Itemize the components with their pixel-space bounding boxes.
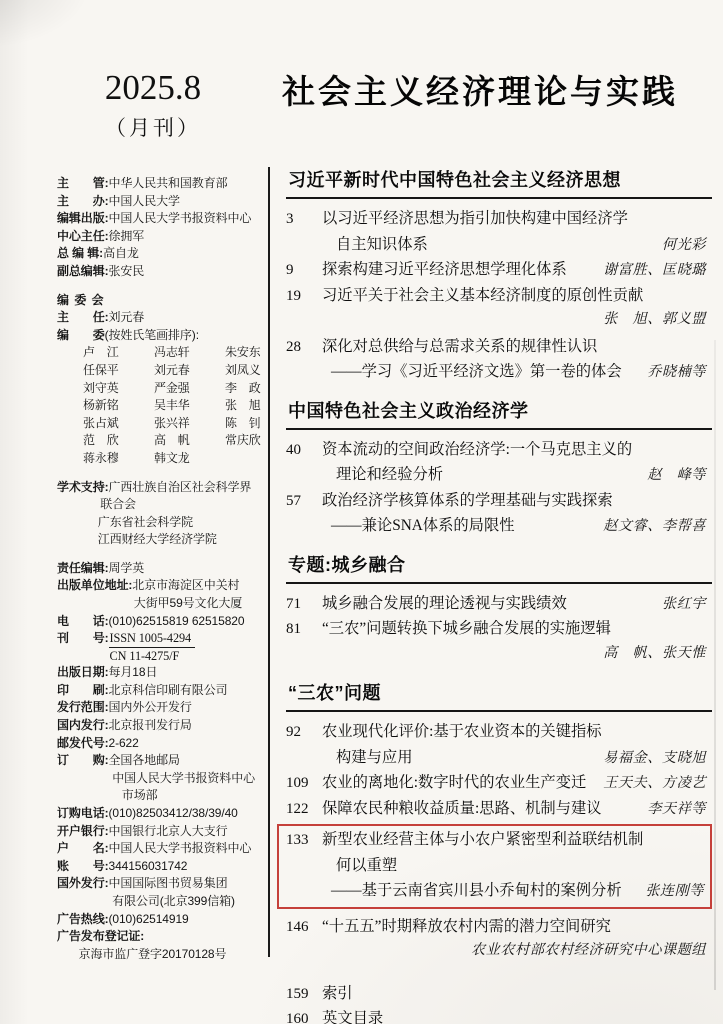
toc-page-number: 3 [286,211,322,228]
masthead-row: 编 委 会 [57,292,265,310]
masthead-label: 发行范围: [57,699,109,717]
toc-line: 何以重塑 [286,853,710,879]
toc-line: 19习近平关于社会主义基本经济制度的原创性贡献 [286,283,712,309]
masthead-label: 国内发行: [57,717,109,735]
masthead-continuation: 大街甲59号文化大厦 [57,595,265,613]
masthead-value: 广西壮族自治区社会科学界 [109,479,252,497]
masthead-row: 出版单位地址:北京市海淀区中关村 [57,577,265,595]
toc-entry-author: 张红宇 [654,593,712,613]
editorial-board-member: 冯志轩 [154,344,225,362]
masthead-value: 中国银行北京人大支行 [109,823,228,841]
masthead-label: 主 任: [57,309,109,327]
masthead-value: 联合会 [100,496,136,514]
masthead-row: 主 管:中华人民共和国教育部 [57,175,265,193]
toc-entry-title: ——基于云南省宾川县小乔甸村的案例分析 [322,878,622,900]
masthead-row: 主 任:刘元春 [57,309,265,327]
spacer [57,468,265,479]
toc-line: 构建与应用易福金、支晓旭 [286,745,712,771]
editorial-board-member: 杨新铭 [83,397,154,415]
masthead-row: 主 办:中国人民大学 [57,193,265,211]
editorial-board-names-row: 卢 江冯志轩朱安东 [57,344,265,362]
masthead-row: 副总编辑:张安民 [57,263,265,281]
toc-page-number: 160 [286,1011,322,1024]
masthead-value: 高自龙 [103,245,139,263]
toc-line: 农业农村部农村经济研究中心课题组 [286,939,712,965]
toc-line: 159索引 [286,981,712,1007]
page-edge-shadow [714,340,716,990]
masthead-row: 邮发代号:2-622 [57,735,265,753]
toc-page-number: 159 [286,986,322,1003]
editorial-board-member: 韩文龙 [154,450,225,468]
toc-entry-author: 王天夫、方凌艺 [595,772,712,792]
toc-entry-title: 探索构建习近平经济思想学理化体系 [322,257,567,279]
toc-section-title: “三农”问题 [286,679,712,712]
toc-line: 122保障农民种粮收益质量:思路、机制与建议李天祥等 [286,796,712,822]
masthead-continuation: 联合会 [57,496,265,514]
toc-section-title: 中国特色社会主义政治经济学 [286,397,712,430]
masthead-label: 主 办: [57,193,109,211]
toc-entry-title: 英文目录 [322,1006,383,1024]
masthead-value: 中国国际图书贸易集团 [109,875,228,893]
toc-entry-author: 谢富胜、匡晓璐 [595,259,712,279]
toc-entry-author: 何光彩 [654,234,712,254]
toc-entry-title: “三农”问题转换下城乡融合发展的实施逻辑 [322,616,611,638]
toc-page-number: 133 [286,832,322,849]
masthead-value: 广东省社会科学院 [98,514,193,532]
toc-section: 159索引160英文目录 [286,981,712,1024]
issue-number: 2025.8 [96,68,210,108]
masthead-label: 户 名: [57,840,109,858]
toc-page-number: 40 [286,442,322,459]
masthead-label: 账 号: [57,858,109,876]
editorial-board-names-row: 刘守英严金强李 政 [57,380,265,398]
toc-entry: 9探索构建习近平经济思想学理化体系谢富胜、匡晓璐 [286,257,712,283]
masthead-label: 出版单位地址: [57,577,132,595]
masthead-label: 广告发布登记证: [57,928,144,946]
masthead-label: 学术支持: [57,479,109,497]
masthead-row: 编 委(按姓氏笔画排序): [57,327,265,345]
masthead-value: 344156031742 [109,858,188,876]
toc-line: 3以习近平经济思想为指引加快构建中国经济学 [286,206,712,232]
cn-number: CN 11-4275/F [109,648,196,664]
toc-entry: 81“三农”问题转换下城乡融合发展的实施逻辑高 帆、张天惟 [286,616,712,667]
toc-page-number: 71 [286,596,322,613]
toc-entry: 122保障农民种粮收益质量:思路、机制与建议李天祥等 [286,796,712,822]
toc-entry-author: 张 旭、郭义盟 [595,308,712,328]
masthead-row: 出版日期:每月18日 [57,664,265,682]
editorial-board-member: 吴丰华 [154,397,225,415]
toc-entry: 28深化对总供给与总需求关系的规律性认识——学习《习近平经济文选》第一卷的体会乔… [286,334,712,385]
masthead-continuation: 京海市监广登字20170128号 [57,946,265,964]
masthead-row: 订购电话:(010)82503412/38/39/40 [57,805,265,823]
masthead-value: 全国各地邮局 [109,752,180,770]
toc-entry: 3以习近平经济思想为指引加快构建中国经济学自主知识体系何光彩 [286,206,712,257]
issn-number: ISSN 1005-4294 [109,631,196,648]
masthead-row: 广告热线:(010)62514919 [57,911,265,929]
masthead-label: 邮发代号: [57,735,109,753]
masthead-label: 印 刷: [57,682,109,700]
masthead-row: 户 名:中国人民大学书报资料中心 [57,840,265,858]
masthead-value: 中国人民大学书报资料中心 [109,840,252,858]
masthead-row: 编辑出版:中国人民大学书报资料中心 [57,210,265,228]
masthead-value: 江西财经大学经济学院 [98,531,217,549]
toc-entry-title: 构建与应用 [322,745,413,767]
toc-entry-title: 新型农业经营主体与小农户紧密型利益联结机制 [322,827,643,849]
toc-entry-author: 农业农村部农村经济研究中心课题组 [463,939,712,959]
toc-entry-author: 赵 峰等 [639,464,712,484]
masthead-value: 中国人民大学书报资料中心 [109,210,252,228]
masthead-continuation: 江西财经大学经济学院 [57,531,265,549]
editorial-board-member: 张占斌 [83,415,154,433]
masthead-row: 中心主任:徐拥军 [57,228,265,246]
toc-page-number: 109 [286,775,322,792]
masthead-row: 广告发布登记证: [57,928,265,946]
editorial-board-names-row: 任保平刘元春刘凤义 [57,362,265,380]
masthead-value: (010)82503412/38/39/40 [109,805,238,823]
masthead-value: 张安民 [109,263,145,281]
masthead-value: 有限公司(北京399信箱) [112,893,235,911]
toc-entry-author: 赵文睿、李帮喜 [595,515,712,535]
toc-line: 81“三农”问题转换下城乡融合发展的实施逻辑 [286,616,712,642]
toc-line: 高 帆、张天惟 [286,642,712,668]
masthead-label: 主 管: [57,175,109,193]
editorial-board-names-row: 蒋永穆韩文龙 [57,450,265,468]
toc-line: 9探索构建习近平经济思想学理化体系谢富胜、匡晓璐 [286,257,712,283]
toc-entry: 92农业现代化评价:基于农业资本的关键指标构建与应用易福金、支晓旭 [286,719,712,770]
toc-page-number: 57 [286,493,322,510]
toc-entry-title: 深化对总供给与总需求关系的规律性认识 [322,334,597,356]
masthead-row: 学术支持:广西壮族自治区社会科学界 [57,479,265,497]
masthead-continuation: 广东省社会科学院 [57,514,265,532]
masthead-continuation: 有限公司(北京399信箱) [57,893,265,911]
editorial-board-member: 张兴祥 [154,415,225,433]
toc-line: 133新型农业经营主体与小农户紧密型利益联结机制 [286,827,710,853]
editorial-board-member: 刘守英 [83,380,154,398]
editorial-board-member: 蒋永穆 [83,450,154,468]
toc-page-number: 92 [286,724,322,741]
masthead-value: 中国人民大学 [109,193,180,211]
masthead-continuation: 市场部 [57,787,265,805]
toc-page-number: 19 [286,288,322,305]
masthead-value: 大街甲59号文化大厦 [134,595,242,613]
toc-line: 张 旭、郭义盟 [286,308,712,334]
toc-entry-title: 自主知识体系 [322,232,428,254]
toc-section: “三农”问题92农业现代化评价:基于农业资本的关键指标构建与应用易福金、支晓旭1… [286,679,712,965]
masthead-label: 订购电话: [57,805,109,823]
masthead-value: 中国人民大学书报资料中心 [112,770,255,788]
toc-entry-title: 习近平关于社会主义基本经济制度的原创性贡献 [322,283,643,305]
masthead-label: 编 委 会 [57,292,105,310]
toc-entry: 160英文目录 [286,1006,712,1024]
toc-entry: 40资本流动的空间政治经济学:一个马克思主义的理论和经验分析赵 峰等 [286,437,712,488]
toc-entry-title: 理论和经验分析 [322,462,443,484]
masthead-label: 编辑出版: [57,210,109,228]
toc-page-number: 28 [286,339,322,356]
toc-line: 92农业现代化评价:基于农业资本的关键指标 [286,719,712,745]
masthead-label: 刊 号: [57,630,109,648]
toc-line: 57政治经济学核算体系的学理基础与实践探索 [286,488,712,514]
toc-entry: 159索引 [286,981,712,1007]
masthead-value: 2-622 [109,735,139,753]
masthead-label: 编 委 [57,327,105,345]
toc-entry-author: 高 帆、张天惟 [595,642,712,662]
editorial-board-member: 任保平 [83,362,154,380]
toc-entry-author: 易福金、支晓旭 [595,747,712,767]
masthead-label: 电 话: [57,613,109,631]
editorial-board-member: 刘元春 [154,362,225,380]
masthead-value: 刘元春 [109,309,145,327]
table-of-contents: 习近平新时代中国特色社会主义经济思想3以习近平经济思想为指引加快构建中国经济学自… [286,166,712,1024]
masthead-value: 北京市海淀区中关村 [132,577,239,595]
toc-entry: 57政治经济学核算体系的学理基础与实践探索——兼论SNA体系的局限性赵文睿、李帮… [286,488,712,539]
masthead-label: 中心主任: [57,228,109,246]
masthead-row: 订 购:全国各地邮局 [57,752,265,770]
masthead-value: 中华人民共和国教育部 [109,175,228,193]
journal-contents-page: 2025.8 （月刊） 社会主义经济理论与实践 主 管:中华人民共和国教育部主 … [0,0,723,1024]
masthead-value: (按姓氏笔画排序): [105,327,199,345]
masthead-label: 订 购: [57,752,109,770]
masthead-label: 责任编辑: [57,560,109,578]
editorial-board-names-row: 杨新铭吴丰华张 旭 [57,397,265,415]
masthead-label: 广告热线: [57,911,109,929]
toc-line: 28深化对总供给与总需求关系的规律性认识 [286,334,712,360]
spacer [57,281,265,292]
toc-entry-title: 保障农民种粮收益质量:思路、机制与建议 [322,796,602,818]
toc-line: 109农业的离地化:数字时代的农业生产变迁王天夫、方凌艺 [286,770,712,796]
toc-page-number: 122 [286,801,322,818]
editorial-board-member: 范 欣 [83,432,154,450]
masthead-value: (010)62514919 [109,911,189,929]
toc-section: 专题:城乡融合71城乡融合发展的理论透视与实践绩效张红宇81“三农”问题转换下城… [286,551,712,668]
toc-entry-title: ——学习《习近平经济文选》第一卷的体会 [322,359,622,381]
toc-entry-author: 乔晓楠等 [639,361,712,381]
masthead-value: 京海市监广登字20170128号 [79,946,227,964]
masthead-row: 国内发行:北京报刊发行局 [57,717,265,735]
toc-entry-author: 李天祥等 [639,798,712,818]
column-divider [268,167,270,957]
toc-page-number: 9 [286,262,322,279]
toc-entry: 109农业的离地化:数字时代的农业生产变迁王天夫、方凌艺 [286,770,712,796]
toc-section-title: 习近平新时代中国特色社会主义经济思想 [286,166,712,199]
masthead-row: 总 编 辑:高自龙 [57,245,265,263]
masthead-value: 市场部 [122,787,158,805]
masthead-value: 国内外公开发行 [109,699,192,717]
masthead-value: 每月18日 [109,664,158,682]
issn-cn-fraction: ISSN 1005-4294CN 11-4275/F [109,631,196,664]
toc-section: 中国特色社会主义政治经济学40资本流动的空间政治经济学:一个马克思主义的理论和经… [286,397,712,539]
toc-entry-highlighted: 133新型农业经营主体与小农户紧密型利益联结机制何以重塑——基于云南省宾川县小乔… [277,824,712,909]
masthead-row: 印 刷:北京科信印刷有限公司 [57,682,265,700]
masthead-row: 账 号:344156031742 [57,858,265,876]
toc-entry-title: 资本流动的空间政治经济学:一个马克思主义的 [322,437,632,459]
editorial-board-names-row: 张占斌张兴祥陈 钊 [57,415,265,433]
toc-entry-title: 何以重塑 [322,853,397,875]
toc-section-title: 专题:城乡融合 [286,551,712,584]
masthead-row-issn: 刊 号:ISSN 1005-4294CN 11-4275/F [57,630,265,664]
masthead-label: 开户银行: [57,823,109,841]
toc-entry-title: ——兼论SNA体系的局限性 [322,513,515,535]
toc-section: 习近平新时代中国特色社会主义经济思想3以习近平经济思想为指引加快构建中国经济学自… [286,166,712,385]
toc-entry-title: 索引 [322,981,353,1003]
editorial-board-names-row: 范 欣高 帆常庆欣 [57,432,265,450]
toc-line: ——学习《习近平经济文选》第一卷的体会乔晓楠等 [286,359,712,385]
toc-entry: 146“十五五”时期释放农村内需的潜力空间研究农业农村部农村经济研究中心课题组 [286,914,712,965]
editorial-board-member: 卢 江 [83,344,154,362]
editorial-board-member: 高 帆 [154,432,225,450]
masthead-value: 徐拥军 [109,228,145,246]
toc-entry-title: 农业现代化评价:基于农业资本的关键指标 [322,719,602,741]
masthead-label: 总 编 辑: [57,245,103,263]
masthead-row: 责任编辑:周学英 [57,560,265,578]
masthead-row: 国外发行:中国国际图书贸易集团 [57,875,265,893]
masthead-label: 国外发行: [57,875,109,893]
toc-line: ——基于云南省宾川县小乔甸村的案例分析张连刚等 [286,878,710,904]
toc-line: 71城乡融合发展的理论透视与实践绩效张红宇 [286,591,712,617]
toc-entry-title: 农业的离地化:数字时代的农业生产变迁 [322,770,586,792]
spacer [57,549,265,560]
masthead-column: 主 管:中华人民共和国教育部主 办:中国人民大学编辑出版:中国人民大学书报资料中… [57,175,265,963]
toc-line: ——兼论SNA体系的局限性赵文睿、李帮喜 [286,513,712,539]
masthead-row: 电 话:(010)62515819 62515820 [57,613,265,631]
journal-title: 社会主义经济理论与实践 [282,66,712,113]
masthead-continuation: 中国人民大学书报资料中心 [57,770,265,788]
toc-entry-title: 以习近平经济思想为指引加快构建中国经济学 [322,206,628,228]
toc-line: 自主知识体系何光彩 [286,232,712,258]
masthead-value: 北京报刊发行局 [109,717,192,735]
masthead-value: 周学英 [109,560,145,578]
toc-line: 160英文目录 [286,1006,712,1024]
masthead-row: 开户银行:中国银行北京人大支行 [57,823,265,841]
masthead-row: 发行范围:国内外公开发行 [57,699,265,717]
masthead-label: 副总编辑: [57,263,109,281]
toc-page-number: 146 [286,919,322,936]
editorial-board-member: 严金强 [154,380,225,398]
toc-entry-title: 城乡融合发展的理论透视与实践绩效 [322,591,567,613]
toc-entry-title: “十五五”时期释放农村内需的潜力空间研究 [322,914,611,936]
masthead-value: (010)62515819 62515820 [109,613,245,631]
toc-line: 40资本流动的空间政治经济学:一个马克思主义的 [286,437,712,463]
toc-entry-title: 政治经济学核算体系的学理基础与实践探索 [322,488,613,510]
toc-page-number: 81 [286,621,322,638]
toc-line: 146“十五五”时期释放农村内需的潜力空间研究 [286,914,712,940]
masthead-label: 出版日期: [57,664,109,682]
toc-entry: 71城乡融合发展的理论透视与实践绩效张红宇 [286,591,712,617]
toc-entry: 19习近平关于社会主义基本经济制度的原创性贡献张 旭、郭义盟 [286,283,712,334]
masthead-value: 北京科信印刷有限公司 [109,682,228,700]
toc-line: 理论和经验分析赵 峰等 [286,462,712,488]
toc-entry-author: 张连刚等 [637,880,710,900]
publication-frequency: （月刊） [96,112,210,142]
